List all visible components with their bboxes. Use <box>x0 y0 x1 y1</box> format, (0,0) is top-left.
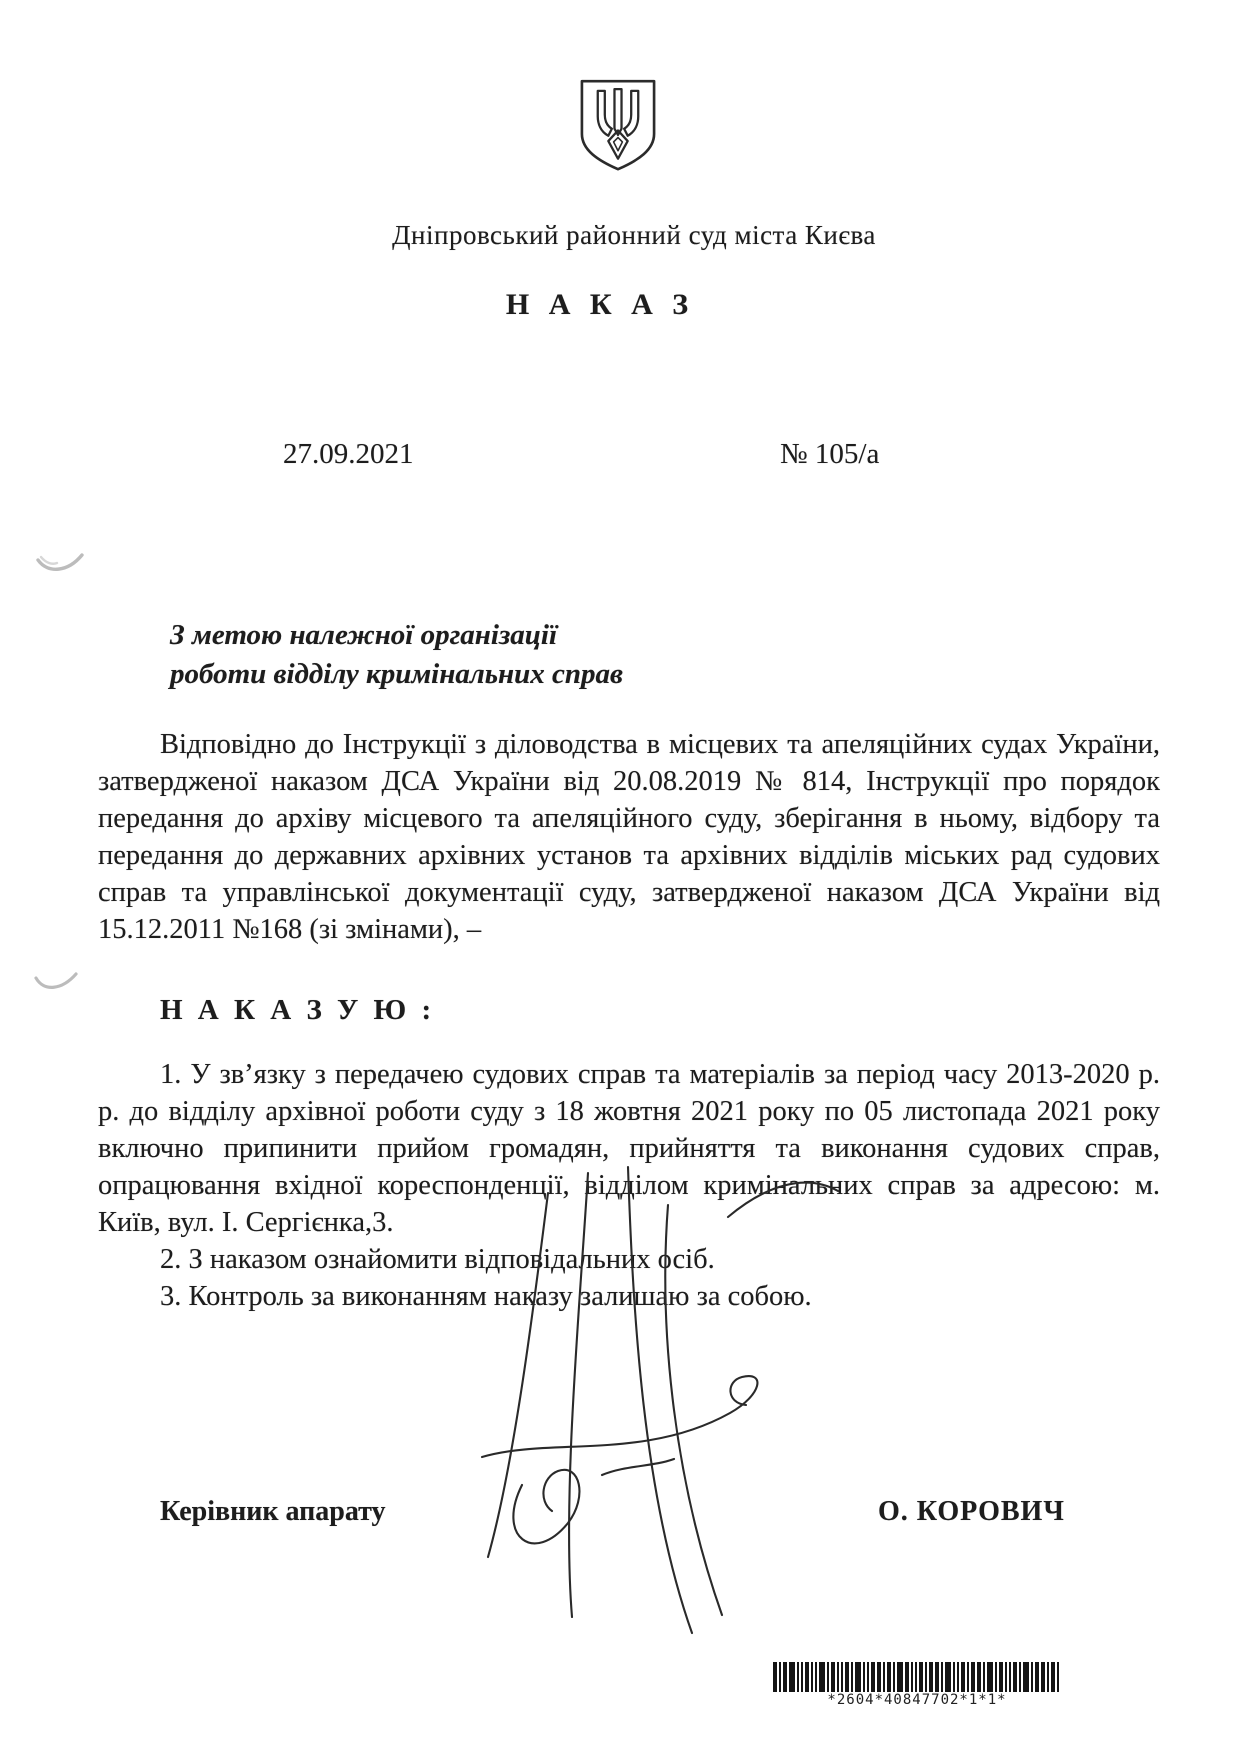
preamble-paragraph: Відповідно до Інструкції з діловодства в… <box>98 726 1160 948</box>
order-heading: Н А К А З У Ю : <box>160 994 435 1027</box>
barcode: *2604*40847702*1*1* <box>752 1649 1082 1708</box>
document-date: 27.09.2021 <box>283 438 414 471</box>
coat-of-arms-trident-icon <box>574 76 662 192</box>
signatory-position: Керівник апарату <box>160 1496 386 1528</box>
scanned-order-document: Дніпровський районний суд міста Києва Н … <box>0 0 1240 1755</box>
order-subject-line2: роботи відділу кримінальних справ <box>170 655 730 694</box>
scan-artifact-mark <box>36 552 84 578</box>
barcode-bars <box>773 1662 1061 1692</box>
order-subject: З метою належної організації роботи відд… <box>170 616 730 694</box>
order-subject-line1: З метою належної організації <box>170 616 730 655</box>
barcode-text: *2604*40847702*1*1* <box>752 1692 1082 1708</box>
scan-artifact-mark <box>34 968 78 996</box>
document-number: № 105/а <box>780 438 879 471</box>
handwritten-signature <box>430 1165 860 1635</box>
signatory-name: О. КОРОВИЧ <box>878 1496 1065 1528</box>
court-name: Дніпровський районний суд міста Києва <box>0 220 1240 251</box>
document-type-heading: Н А К А З <box>0 288 1200 322</box>
